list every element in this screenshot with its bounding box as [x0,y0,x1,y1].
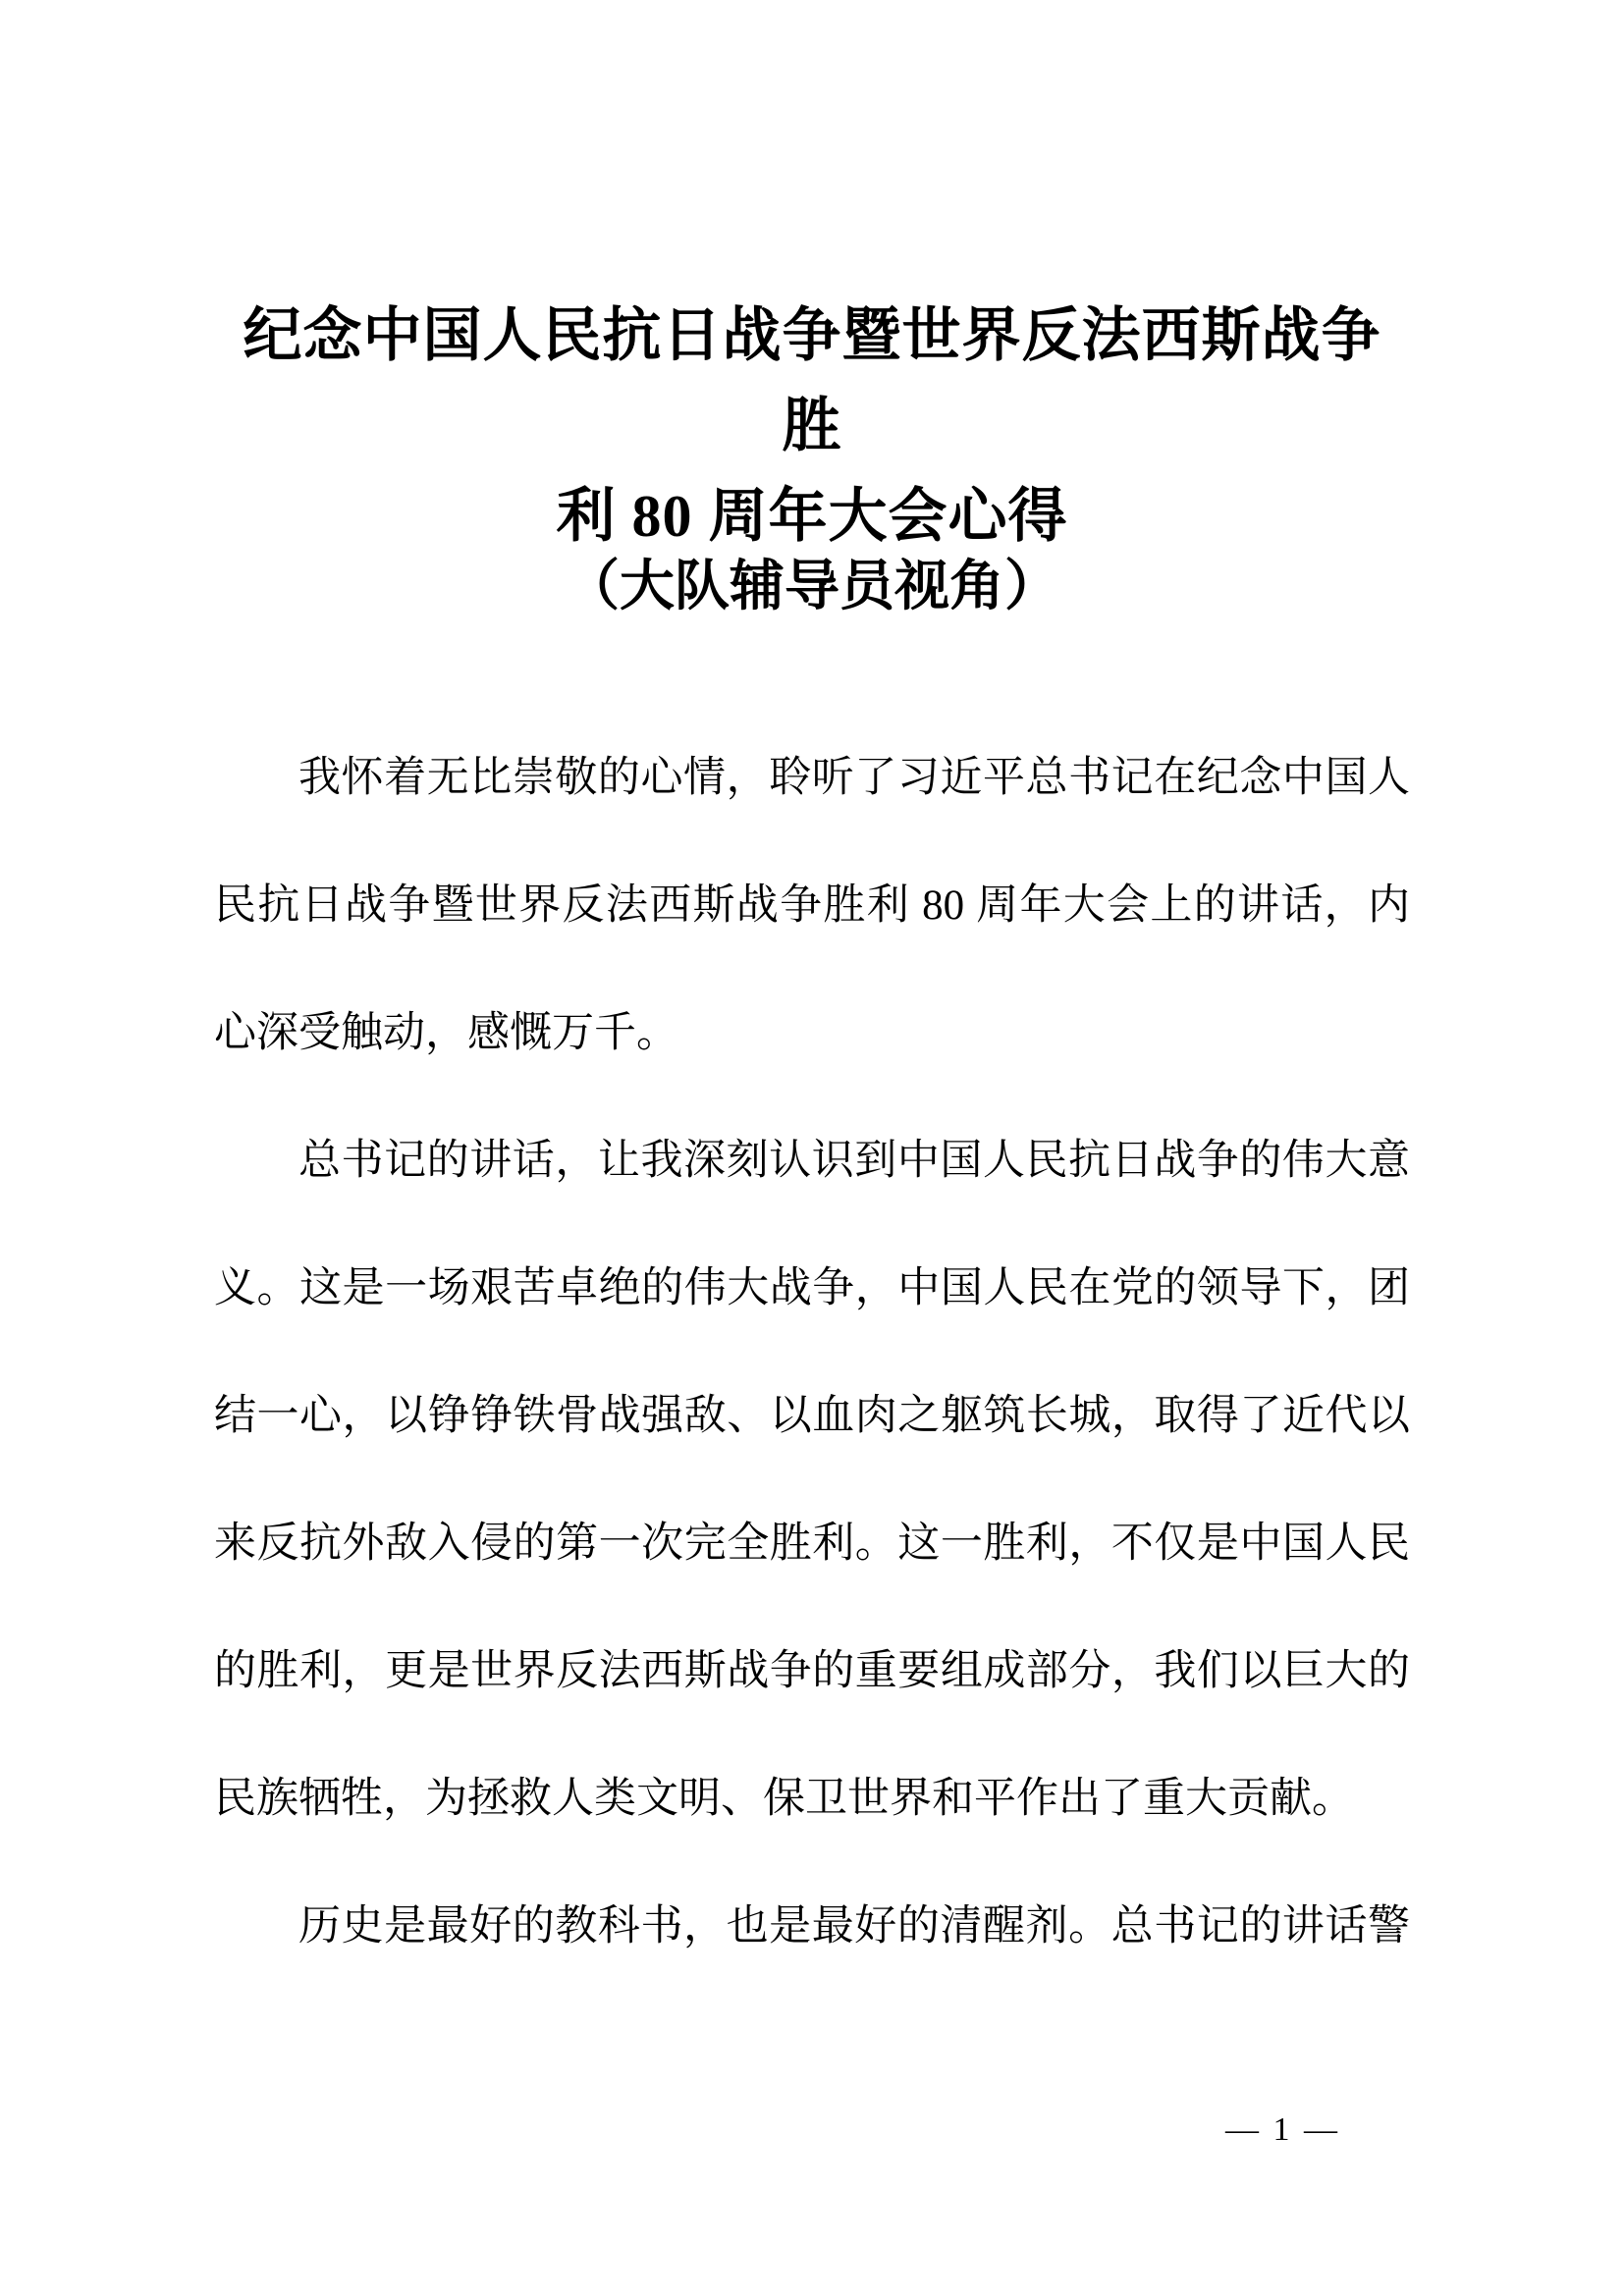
document-title-line-1: 纪念中国人民抗日战争暨世界反法西斯战争胜 [214,291,1410,471]
document-subtitle: （大队辅导员视角） [214,548,1410,626]
body-line: 历史是最好的教科书，也是最好的清醒剂。总书记的讲话警 [214,1863,1410,1991]
document-title: 纪念中国人民抗日战争暨世界反法西斯战争胜 利 80 周年大会心得 [214,291,1410,561]
document-page: 纪念中国人民抗日战争暨世界反法西斯战争胜 利 80 周年大会心得 （大队辅导员视… [0,0,1624,2296]
body-line: 的胜利，更是世界反法西斯战争的重要组成部分，我们以巨大的 [214,1608,1410,1735]
body-line: 心深受触动，感慨万千。 [214,970,1410,1097]
document-body: 我怀着无比崇敬的心情，聆听了习近平总书记在纪念中国人 民抗日战争暨世界反法西斯战… [214,715,1410,1991]
body-line: 我怀着无比崇敬的心情，聆听了习近平总书记在纪念中国人 [214,715,1410,842]
body-line: 总书记的讲话，让我深刻认识到中国人民抗日战争的伟大意 [214,1097,1410,1225]
page-number: — 1 — [1225,2109,1340,2152]
body-line: 民族牺牲，为拯救人类文明、保卫世界和平作出了重大贡献。 [214,1735,1410,1863]
body-line: 来反抗外敌入侵的第一次完全胜利。这一胜利，不仅是中国人民 [214,1480,1410,1608]
body-line: 结一心，以铮铮铁骨战强敌、以血肉之躯筑长城，取得了近代以 [214,1353,1410,1480]
body-line: 民抗日战争暨世界反法西斯战争胜利 80 周年大会上的讲话，内 [214,842,1410,970]
body-line: 义。这是一场艰苦卓绝的伟大战争，中国人民在党的领导下，团 [214,1225,1410,1353]
